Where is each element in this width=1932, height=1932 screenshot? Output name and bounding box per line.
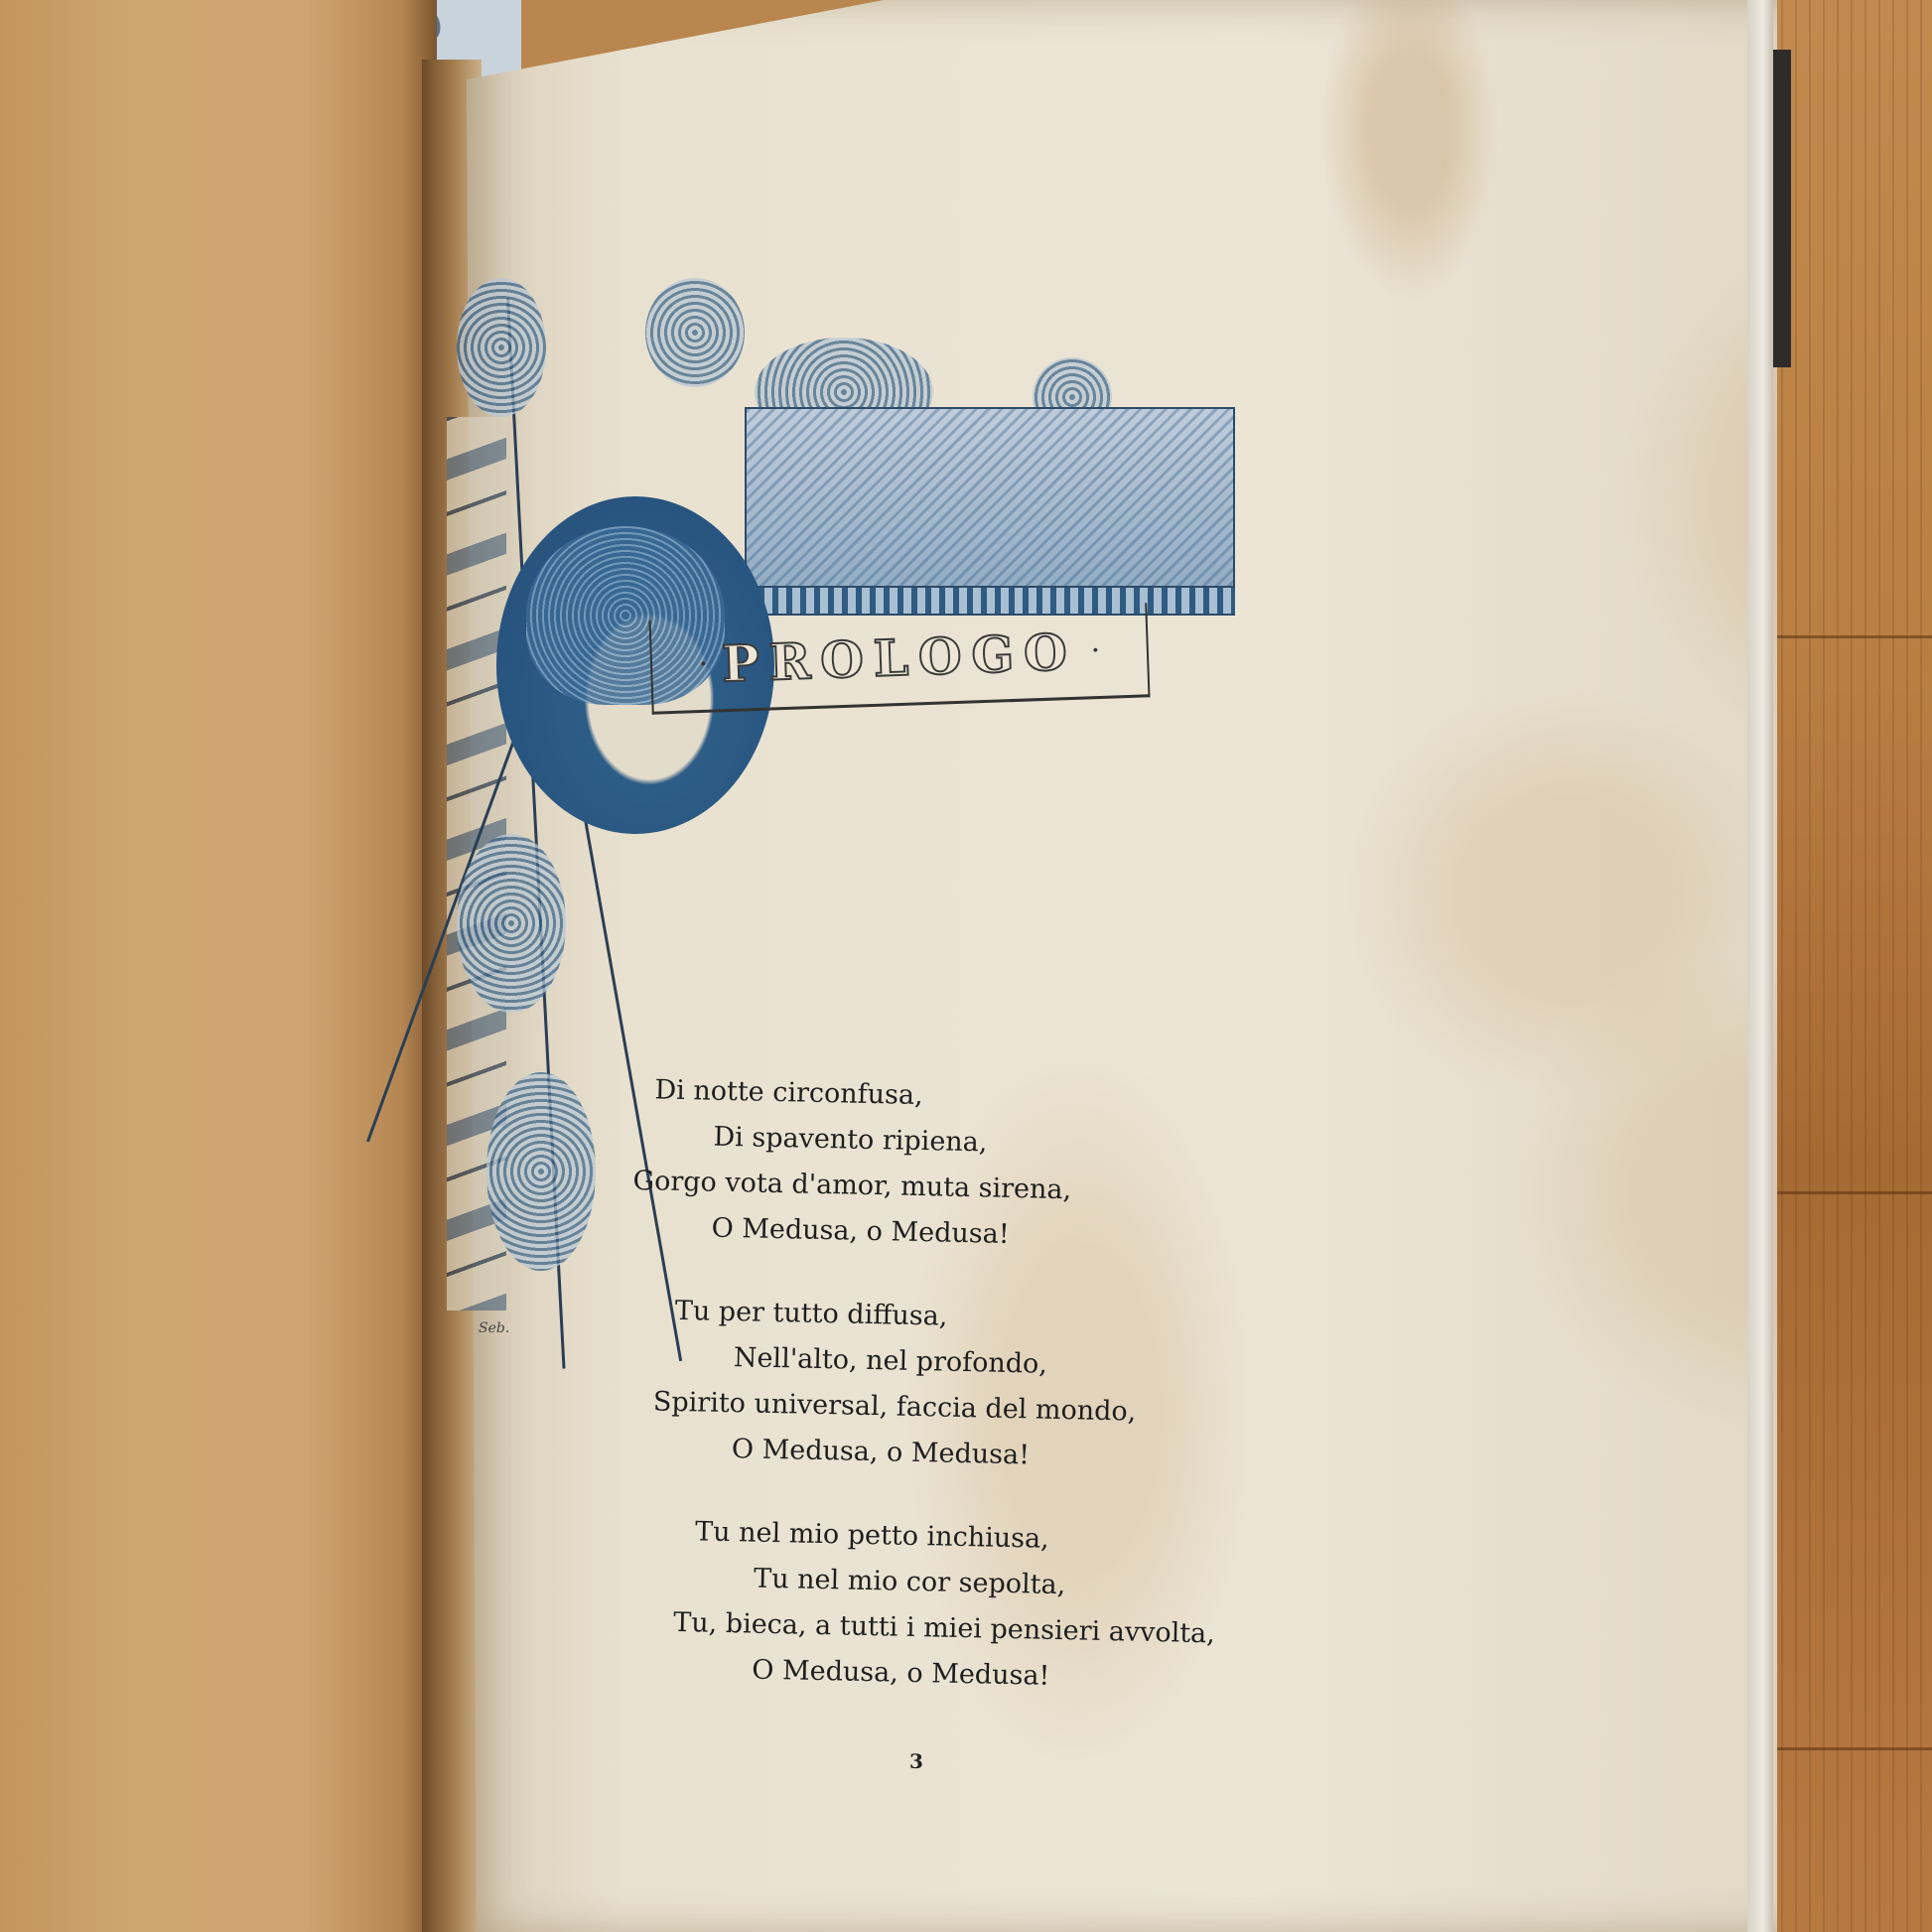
stanza: Di notte circonfusa, Di spavento ripiena… [631,1067,1330,1265]
wood-seam [1767,1747,1932,1750]
poem: Di notte circonfusa, Di spavento ripiena… [621,1067,1330,1743]
page-edges [1747,0,1773,1932]
ornament-dot: · [1090,632,1101,667]
left-page [0,0,437,1932]
ruins-landscape-vignette [745,407,1235,610]
leaves-icon [486,1072,596,1271]
wood-seam [1767,635,1932,638]
stanza: Tu nel mio petto inchiusa, Tu nel mio co… [622,1508,1321,1706]
page-number: 3 [909,1749,923,1773]
stanza: Tu per tutto diffusa, Nell'alto, nel pro… [626,1288,1325,1485]
book-cover-edge [1773,50,1791,367]
artist-signature: Seb. [479,1320,509,1336]
wooden-table [1767,0,1932,1932]
chapter-title: PROLOGO [721,621,1078,692]
leaves-icon [457,834,566,1013]
title-cartouche: · PROLOGO · [648,603,1150,714]
flower-cluster-icon [645,278,745,387]
ornament-dot: · [698,646,709,681]
wood-seam [1767,1191,1932,1194]
flower-cluster-icon [457,278,546,417]
